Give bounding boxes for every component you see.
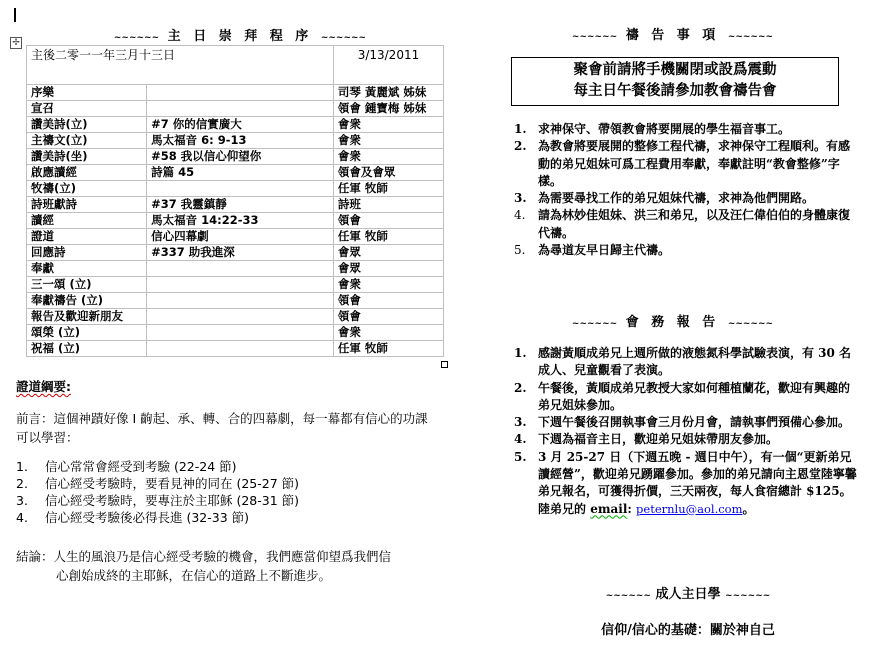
list-text: 3 月 25-27 日（下週五晚 - 週日中午），有一個“更新弟兄讀經營”，歡迎… — [538, 449, 859, 518]
item-cell: 讀經 — [27, 213, 147, 229]
item-cell: 讚美詩(立) — [27, 117, 147, 133]
ornament-right: ~~~~~~ — [321, 33, 366, 43]
content-cell — [147, 293, 334, 309]
conclusion-line-2: 心創始成終的主耶穌，在信心的道路上不斷進步。 — [16, 566, 446, 585]
content-cell — [147, 277, 334, 293]
list-text: 請為林妙佳姐妹、洪三和弟兄，以及汪仁偉伯伯的身體康復代禱。 — [538, 207, 859, 242]
table-row: 奉獻禱告 (立)領會 — [27, 293, 444, 309]
ornament-right: ~~~~~~ — [725, 591, 770, 601]
list-number: 1. — [514, 345, 538, 380]
prayer-items-list: 1.求神保守、帶領教會將要開展的學生福音事工。 2.為教會將要展開的整修工程代禱… — [514, 121, 859, 259]
content-cell: 信心四幕劇 — [147, 229, 334, 245]
church-reports-title: 會 務 報 告 — [626, 315, 720, 330]
table-row: 主禱文(立)馬太福音 6: 9-13會衆 — [27, 133, 444, 149]
content-cell: 馬太福音 14:22-33 — [147, 213, 334, 229]
list-number: 3. — [514, 414, 538, 431]
list-number: 4. — [16, 509, 45, 526]
list-number: 1. — [514, 121, 538, 138]
table-row: 讚美詩(坐)#58 我以信心仰望你會衆 — [27, 149, 444, 165]
prayer-items-title: 禱 告 事 項 — [626, 28, 720, 43]
table-row: 詩班獻詩#37 我靈鎮靜詩班 — [27, 197, 444, 213]
list-text-tail: 。 — [743, 502, 755, 516]
list-number: 3. — [16, 492, 45, 509]
item-cell: 詩班獻詩 — [27, 197, 147, 213]
content-cell: #7 你的信實廣大 — [147, 117, 334, 133]
list-item: 5.為尋道友早日歸主代禱。 — [514, 242, 859, 259]
content-cell: 馬太福音 6: 9-13 — [147, 133, 334, 149]
conclusion-label: 結論： — [16, 549, 54, 564]
leader-cell: 詩班 — [333, 197, 443, 213]
leader-cell: 會衆 — [333, 277, 443, 293]
list-item: 2.為教會將要展開的整修工程代禱，求神保守工程順利。有感動的弟兄姐妹可爲工程費用… — [514, 138, 859, 190]
list-number: 4. — [514, 431, 538, 448]
item-cell: 三一頌 (立) — [27, 277, 147, 293]
date-value: 3/13/2011 — [333, 46, 443, 85]
leader-cell: 領會及會眾 — [333, 165, 443, 181]
ornament-right: ~~~~~~ — [728, 319, 773, 329]
item-cell: 報告及歡迎新朋友 — [27, 309, 147, 325]
list-number: 5. — [514, 449, 538, 518]
item-cell: 奉獻禱告 (立) — [27, 293, 147, 309]
worship-program-title: 主 日 崇 拜 程 序 — [168, 29, 313, 44]
date-label: 主後二零一一年三月十三日 — [27, 46, 334, 85]
list-number: 3. — [514, 190, 538, 207]
content-cell — [147, 325, 334, 341]
table-row: 序樂司琴 黃麗斌 姊妹 — [27, 85, 444, 101]
list-text: 求神保守、帶領教會將要開展的學生福音事工。 — [538, 121, 859, 138]
leader-cell: 任軍 牧師 — [333, 229, 443, 245]
adult-sunday-school-heading: ~~~~~~ 成人主日學 ~~~~~~ — [500, 583, 876, 602]
leader-cell: 領會 — [333, 213, 443, 229]
table-row: 三一頌 (立)會衆 — [27, 277, 444, 293]
email-link[interactable]: peternlu@aol.com — [636, 502, 742, 516]
worship-program-heading: ~~~~~~ 主 日 崇 拜 程 序 ~~~~~~ — [60, 25, 420, 44]
list-item: 1.信心常常會經受到考驗 (22-24 節) — [16, 458, 299, 475]
leader-cell: 會眾 — [333, 245, 443, 261]
content-cell: #37 我靈鎮靜 — [147, 197, 334, 213]
item-cell: 奉獻 — [27, 261, 147, 277]
ornament-left: ~~~~~~ — [114, 33, 159, 43]
list-text: 信心常常會經受到考驗 (22-24 節) — [45, 458, 237, 475]
worship-program-table: 主後二零一一年三月十三日 3/13/2011 序樂司琴 黃麗斌 姊妹 宣召領會 … — [26, 45, 444, 357]
list-item: 3.為需要尋找工作的弟兄姐妹代禱，求神為他們開路。 — [514, 190, 859, 207]
leader-cell: 會衆 — [333, 325, 443, 341]
table-row: 證道信心四幕劇任軍 牧師 — [27, 229, 444, 245]
notice-box: 聚會前請將手機關閉或設爲震動 每主日午餐後請參加教會禱告會 — [511, 57, 839, 106]
table-row: 啟應讀經詩篇 45領會及會眾 — [27, 165, 444, 181]
text-cursor — [14, 8, 16, 22]
table-header-row: 主後二零一一年三月十三日 3/13/2011 — [27, 46, 444, 85]
list-item: 3.信心經受考驗時，要專注於主耶穌 (28-31 節) — [16, 492, 299, 509]
list-text: 感謝黃順成弟兄上週所做的液態氮科學試驗表演，有 30 名成人、兒童觀看了表演。 — [538, 345, 859, 380]
list-text: 下週午餐後召開執事會三月份月會，請執事們預備心參加。 — [538, 414, 859, 431]
item-cell: 證道 — [27, 229, 147, 245]
list-number: 2. — [514, 138, 538, 190]
content-cell: #58 我以信心仰望你 — [147, 149, 334, 165]
item-cell: 主禱文(立) — [27, 133, 147, 149]
ornament-left: ~~~~~~ — [572, 319, 617, 329]
list-item: 4.信心經受考驗後必得長進 (32-33 節) — [16, 509, 299, 526]
table-row: 牧禱(立)任軍 牧師 — [27, 181, 444, 197]
list-number: 2. — [16, 475, 45, 492]
sermon-outline-title: 證道綱要: — [16, 377, 71, 395]
table-row: 回應詩#337 助我進深會眾 — [27, 245, 444, 261]
list-item: 3.下週午餐後召開執事會三月份月會，請執事們預備心參加。 — [514, 414, 859, 431]
item-cell: 序樂 — [27, 85, 147, 101]
item-cell: 牧禱(立) — [27, 181, 147, 197]
list-text: 為尋道友早日歸主代禱。 — [538, 242, 859, 259]
table-move-handle-icon[interactable]: ✢ — [10, 37, 22, 49]
leader-cell: 任軍 牧師 — [333, 181, 443, 197]
content-cell: 詩篇 45 — [147, 165, 334, 181]
list-number: 4. — [514, 207, 538, 242]
adult-sunday-school-title: 成人主日學 — [655, 587, 720, 602]
ornament-right: ~~~~~~ — [728, 32, 773, 42]
leader-cell: 領會 — [333, 309, 443, 325]
list-text: 信心經受考驗後必得長進 (32-33 節) — [45, 509, 249, 526]
list-text: 下週為福音主日，歡迎弟兄姐妹帶朋友參加。 — [538, 431, 859, 448]
item-cell: 啟應讀經 — [27, 165, 147, 181]
table-row: 讀經馬太福音 14:22-33領會 — [27, 213, 444, 229]
list-item: 4.下週為福音主日，歡迎弟兄姐妹帶朋友參加。 — [514, 431, 859, 448]
sunday-school-subject: 信仰/信心的基礎：關於神自己 — [500, 619, 876, 638]
content-cell — [147, 261, 334, 277]
content-cell — [147, 181, 334, 197]
content-cell — [147, 341, 334, 357]
email-label: email — [590, 502, 627, 516]
item-cell: 宣召 — [27, 101, 147, 117]
table-resize-handle[interactable] — [441, 361, 448, 368]
church-reports-heading: ~~~~~~ 會 務 報 告 ~~~~~~ — [500, 311, 845, 330]
leader-cell: 領會 鍾寶梅 姊妹 — [333, 101, 443, 117]
item-cell: 頌榮 (立) — [27, 325, 147, 341]
leader-cell: 會衆 — [333, 133, 443, 149]
sermon-intro: 前言：這個神蹟好像 I 齣起、承、轉、合的四幕劇，每一幕都有信心的功課可以學習： — [16, 409, 436, 447]
conclusion-line-1: 人生的風浪乃是信心經受考驗的機會，我們應當仰望爲我們信 — [54, 549, 392, 564]
list-item: 2.信心經受考驗時，要看見神的同在 (25-27 節) — [16, 475, 299, 492]
sermon-points-list: 1.信心常常會經受到考驗 (22-24 節) 2.信心經受考驗時，要看見神的同在… — [16, 458, 299, 526]
content-cell: #337 助我進深 — [147, 245, 334, 261]
table-row: 頌榮 (立)會衆 — [27, 325, 444, 341]
sermon-conclusion: 結論：人生的風浪乃是信心經受考驗的機會，我們應當仰望爲我們信 心創始成終的主耶穌… — [16, 547, 446, 585]
list-item: 1.感謝黃順成弟兄上週所做的液態氮科學試驗表演，有 30 名成人、兒童觀看了表演… — [514, 345, 859, 380]
list-text: 信心經受考驗時，要專注於主耶穌 (28-31 節) — [45, 492, 299, 509]
list-item: 2.午餐後，黃順成弟兄教授大家如何種植蘭花，歡迎有興趣的弟兄姐妹參加。 — [514, 380, 859, 415]
church-reports-list: 1.感謝黃順成弟兄上週所做的液態氮科學試驗表演，有 30 名成人、兒童觀看了表演… — [514, 345, 859, 518]
leader-cell: 司琴 黃麗斌 姊妹 — [333, 85, 443, 101]
ornament-left: ~~~~~~ — [606, 591, 651, 601]
list-number: 1. — [16, 458, 45, 475]
content-cell — [147, 101, 334, 117]
item-cell: 回應詩 — [27, 245, 147, 261]
email-separator: : — [627, 502, 636, 516]
list-text: 為需要尋找工作的弟兄姐妹代禱，求神為他們開路。 — [538, 190, 859, 207]
list-number: 5. — [514, 242, 538, 259]
table-row: 祝福 (立)任軍 牧師 — [27, 341, 444, 357]
list-text: 午餐後，黃順成弟兄教授大家如何種植蘭花，歡迎有興趣的弟兄姐妹參加。 — [538, 380, 859, 415]
ornament-left: ~~~~~~ — [572, 32, 617, 42]
list-item: 5. 3 月 25-27 日（下週五晚 - 週日中午），有一個“更新弟兄讀經營”… — [514, 449, 859, 518]
leader-cell: 會衆 — [333, 117, 443, 133]
list-item: 1.求神保守、帶領教會將要開展的學生福音事工。 — [514, 121, 859, 138]
list-text: 為教會將要展開的整修工程代禱，求神保守工程順利。有感動的弟兄姐妹可爲工程費用奉獻… — [538, 138, 859, 190]
content-cell — [147, 85, 334, 101]
list-number: 2. — [514, 380, 538, 415]
notice-line-2: 每主日午餐後請參加教會禱告會 — [512, 80, 838, 101]
notice-line-1: 聚會前請將手機關閉或設爲震動 — [512, 59, 838, 80]
list-text: 信心經受考驗時，要看見神的同在 (25-27 節) — [45, 475, 299, 492]
leader-cell: 會眾 — [333, 261, 443, 277]
table-row: 宣召領會 鍾寶梅 姊妹 — [27, 101, 444, 117]
leader-cell: 領會 — [333, 293, 443, 309]
item-cell: 讚美詩(坐) — [27, 149, 147, 165]
content-cell — [147, 309, 334, 325]
list-item: 4.請為林妙佳姐妹、洪三和弟兄，以及汪仁偉伯伯的身體康復代禱。 — [514, 207, 859, 242]
table-row: 報告及歡迎新朋友領會 — [27, 309, 444, 325]
item-cell: 祝福 (立) — [27, 341, 147, 357]
table-row: 讚美詩(立)#7 你的信實廣大會衆 — [27, 117, 444, 133]
leader-cell: 任軍 牧師 — [333, 341, 443, 357]
table-row: 奉獻會眾 — [27, 261, 444, 277]
leader-cell: 會衆 — [333, 149, 443, 165]
prayer-items-heading: ~~~~~~ 禱 告 事 項 ~~~~~~ — [500, 24, 845, 43]
